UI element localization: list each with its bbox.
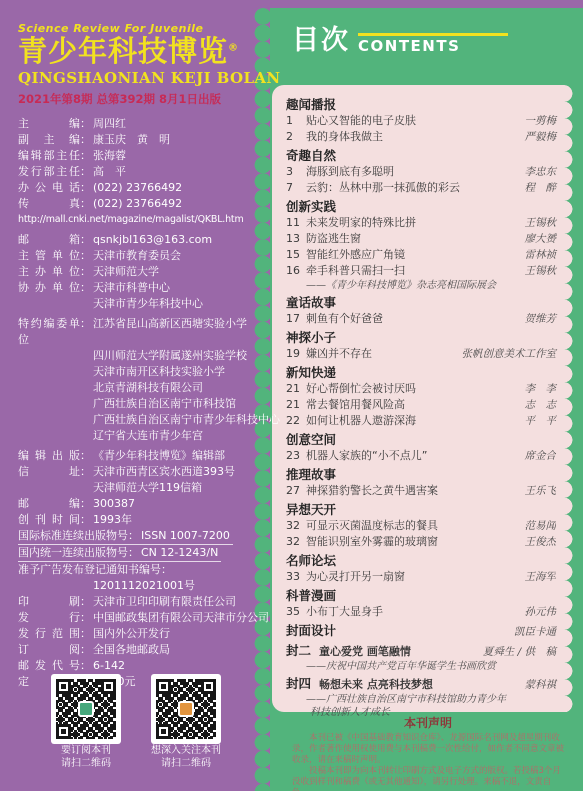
declaration-paragraphs: 本刊已被《中国基础教育知识仓库》、龙源国际名刊网及超星期刊收录，作者著作使用权使… <box>292 733 564 791</box>
info-label: 发行 <box>18 610 80 626</box>
contents-panel: 趣闻播报 1 贴心又智能的电子皮肤 一剪梅 2 我的身体我做主 严毅梅 <box>272 85 564 712</box>
info-row: ：辽宁省大连市青少年宫 <box>18 428 260 444</box>
toc-title: 常去餐馆用餐风险高 <box>306 397 525 413</box>
info-value: 天津市青少年科技中心 <box>93 296 203 312</box>
toc-author: 一剪梅 <box>525 113 557 129</box>
info-label: 国际标准连续出版物号 <box>18 528 128 544</box>
toc-author: 王海军 <box>525 569 557 585</box>
toc-row: 21 好心帮倒忙会被讨厌吗 李 李 <box>286 381 556 397</box>
toc-page-number: 16 <box>286 263 306 279</box>
qr-section: 要订阅本刊 请扫二维码 想深入关注本刊 请扫二维码 <box>24 674 248 770</box>
toc-title: 神探小子 <box>286 330 556 346</box>
info-row: 编辑部主任：张海蓉 <box>18 148 260 164</box>
qr-finder-icon <box>156 724 171 739</box>
info-colon: ： <box>80 594 91 610</box>
info-row: ：四川师范大学附属遂州实验学校 <box>18 348 260 364</box>
toc-row: 22 如何让机器人遨游深海 平 平 <box>286 413 556 429</box>
info-colon: ： <box>80 132 91 148</box>
info-label: 发行部主任 <box>18 164 80 180</box>
qr-finder-icon <box>56 724 71 739</box>
toc-row: 封二 童心爱党 画笔融情 夏舜生 / 供 稿 <box>286 643 556 660</box>
info-row: 邮箱：qsnkjbl163@163.com <box>18 232 260 248</box>
info-label: 订阅 <box>18 642 80 658</box>
toc-page-number: 32 <box>286 534 306 550</box>
toc-title: 推理故事 <box>286 467 556 483</box>
info-colon: ： <box>80 512 91 528</box>
qr-finder-icon <box>201 679 216 694</box>
declaration-panel: 本刊声明 本刊已被《中国基础教育知识仓库》、龙源国际名刊网及超星期刊收录，作者著… <box>292 714 564 791</box>
registered-mark: ® <box>228 42 239 53</box>
magazine-title-text: 青少年科技博览 <box>18 34 228 68</box>
toc-author: 蒙科祺 <box>525 677 557 693</box>
info-colon: ： <box>80 116 91 132</box>
info-row: 发行范围：国内外公开发行 <box>18 626 260 642</box>
info-label: 特约编委单位 <box>18 316 80 348</box>
info-colon: ： <box>80 658 91 674</box>
toc-row: 科普漫画 <box>286 588 556 604</box>
toc-page-number: 11 <box>286 215 306 231</box>
toc-title: 新知快递 <box>286 365 556 381</box>
info-value: (022) 23766492 <box>93 180 182 196</box>
toc-page-number: 15 <box>286 247 306 263</box>
info-row: ：天津师范大学119信箱 <box>18 480 260 496</box>
info-value: 天津市西青区宾水西道393号 <box>93 464 235 480</box>
info-value: 周四红 <box>93 116 126 132</box>
toc-title: 机器人家族的“小不点儿” <box>306 448 525 464</box>
toc-row: 奇趣自然 <box>286 148 556 164</box>
info-value: 全国各地邮政局 <box>93 642 170 658</box>
toc-row: 趣闻播报 <box>286 97 556 113</box>
toc-row: 名师论坛 <box>286 553 556 569</box>
info-colon: ： <box>80 232 91 248</box>
info-row: 创刊时间：1993年 <box>18 512 260 528</box>
info-value: 300387 <box>93 496 135 512</box>
toc-row: 7 云豹：丛林中那一抹孤傲的彩云 程 醉 <box>286 180 556 196</box>
toc-row: 封面设计 凯臣卡通 <box>286 623 556 640</box>
toc-row: 33 为心灵打开另一扇窗 王海军 <box>286 569 556 585</box>
info-row: 信址：天津市西青区宾水西道393号 <box>18 464 260 480</box>
info-row: 邮发代号：6-142 <box>18 658 260 674</box>
toc-title: 云豹：丛林中那一抹孤傲的彩云 <box>306 180 525 196</box>
info-row: 国际标准连续出版物号：ISSN 1007-7200 <box>18 528 233 545</box>
info-colon: ： <box>80 248 91 264</box>
toc-author: 严毅梅 <box>525 129 557 145</box>
toc-title: ——《青少年科技博览》杂志亮相国际展会 <box>306 279 556 292</box>
toc-author: 雷林祯 <box>525 247 557 263</box>
toc-author: 张帆创意美术工作室 <box>462 346 557 362</box>
toc-row: 35 小布丁大显身手 孙元伟 <box>286 604 556 620</box>
magazine-pinyin: QINGSHAONIAN KEJI BOLAN <box>18 69 260 87</box>
toc-page-number: 2 <box>286 129 306 145</box>
toc-page-number: 封四 <box>286 676 311 692</box>
publication-info-list: 主编：周四红 副主编：康玉庆 黄 明 编辑部主任：张海蓉 发行部主任：高 平 办… <box>18 116 260 690</box>
info-label: 邮发代号 <box>18 658 80 674</box>
info-value: qsnkjbl163@163.com <box>93 232 212 248</box>
info-row: ：天津市青少年科技中心 <box>18 296 260 312</box>
info-label: 主编 <box>18 116 80 132</box>
toc-row: 11 未来发明家的特殊比拼 王锡秋 <box>286 215 556 231</box>
toc-page-number: 22 <box>286 413 306 429</box>
qr-center-logo-icon <box>178 701 194 717</box>
info-label: 编辑出版 <box>18 448 80 464</box>
info-value: 6-142 <box>93 658 125 674</box>
toc-title: 牵手科普只需扫一扫 <box>306 263 525 279</box>
info-label: 传真 <box>18 196 80 212</box>
info-value: 天津师范大学 <box>93 264 159 280</box>
info-value: (022) 23766492 <box>93 196 182 212</box>
info-value: 天津市教育委员会 <box>93 248 181 264</box>
info-value: 中国邮政集团有限公司天津市分公司 <box>93 610 269 626</box>
toc-row: 27 神探猎豹警长之黄牛遇害案 王乐飞 <box>286 483 556 499</box>
toc-title: 创新实践 <box>286 199 556 215</box>
info-row: 主管单位：天津市教育委员会 <box>18 248 260 264</box>
toc-page-number: 32 <box>286 518 306 534</box>
toc-row: 23 机器人家族的“小不点儿” 席金合 <box>286 448 556 464</box>
declaration-title: 本刊声明 <box>292 714 564 731</box>
toc-row: ——庆祝中国共产党百年华诞学生书画欣赏 <box>286 660 556 673</box>
toc-author: 志 志 <box>525 397 557 413</box>
toc-author: 王锡秋 <box>525 263 557 279</box>
info-value: 康玉庆 黄 明 <box>93 132 170 148</box>
info-value: 高 平 <box>93 164 126 180</box>
info-label: 主管单位 <box>18 248 80 264</box>
info-row: 副主编：康玉庆 黄 明 <box>18 132 260 148</box>
declaration-paragraph: 投稿本刊即为向本刊转让印刷方式及电子方式的版权。若投稿3个月没收到样刊和稿费（或… <box>292 766 564 791</box>
qr-finder-icon <box>101 679 116 694</box>
info-row: ：1201112021001号 <box>18 578 260 594</box>
toc-title: 嫌凶并不存在 <box>306 346 462 362</box>
toc-row: 童话故事 <box>286 295 556 311</box>
info-row: ：广西壮族自治区南宁市科技馆 <box>18 396 260 412</box>
info-row: 订阅：全国各地邮政局 <box>18 642 260 658</box>
info-value: 天津市科普中心 <box>93 280 170 296</box>
toc-author: 夏舜生 / 供 稿 <box>483 644 556 660</box>
header-underline <box>358 33 508 36</box>
info-row: 国内统一连续出版物号：CN 12-1243/N <box>18 545 221 562</box>
toc-title: 可显示灭菌温度标志的餐具 <box>306 518 525 534</box>
toc-title: 好心帮倒忙会被讨厌吗 <box>306 381 525 397</box>
info-label: 信址 <box>18 464 80 480</box>
info-value: 江苏省昆山高新区西塘实验小学 <box>93 316 247 348</box>
info-value: 广西壮族自治区南宁市科技馆 <box>93 396 236 412</box>
left-panel: Science Review For Juvenile 青少年科技博览® QIN… <box>18 22 260 690</box>
toc-page-number: 21 <box>286 397 306 413</box>
toc-page-number: 3 <box>286 164 306 180</box>
info-value: 北京青湖科技有限公司 <box>93 380 203 396</box>
info-label: 准予广告发布登记通知书编号 <box>18 562 161 578</box>
toc-title: 如何让机器人遨游深海 <box>306 413 525 429</box>
toc-row: 21 常去餐馆用餐风险高 志 志 <box>286 397 556 413</box>
qr-code <box>151 674 221 744</box>
toc-page-number: 27 <box>286 483 306 499</box>
toc-author: 范易闻 <box>525 518 557 534</box>
toc-row: 异想天开 <box>286 502 556 518</box>
toc-title: 我的身体我做主 <box>306 129 525 145</box>
magazine-title: 青少年科技博览® <box>18 35 260 68</box>
info-row: 办公电话：(022) 23766492 <box>18 180 260 196</box>
toc-page-number: 17 <box>286 311 306 327</box>
toc-title: 科普漫画 <box>286 588 556 604</box>
qr-finder-icon <box>56 679 71 694</box>
info-colon: ： <box>128 528 139 544</box>
info-colon: ： <box>80 464 91 480</box>
toc-row: 17 刺鱼有个好爸爸 贺维芳 <box>286 311 556 327</box>
toc-page-number: 13 <box>286 231 306 247</box>
toc-page-number: 19 <box>286 346 306 362</box>
toc-author: 贺维芳 <box>525 311 557 327</box>
toc-title: 刺鱼有个好爸爸 <box>306 311 525 327</box>
info-row: 准予广告发布登记通知书编号： <box>18 562 260 578</box>
info-value: 《青少年科技博览》编辑部 <box>93 448 225 464</box>
qr-finder-icon <box>156 679 171 694</box>
toc-page-number: 7 <box>286 180 306 196</box>
toc-row: 创意空间 <box>286 432 556 448</box>
toc-title: 畅想未来 点亮科技梦想 <box>319 677 524 693</box>
info-label: 国内统一连续出版物号 <box>18 545 128 561</box>
info-row: ：广西壮族自治区南宁市青少年科技中心 <box>18 412 260 428</box>
info-row: 传真：(022) 23766492 <box>18 196 260 212</box>
toc-title: 智能识别室外雾霾的玻璃窗 <box>306 534 525 550</box>
info-value: 张海蓉 <box>93 148 126 164</box>
info-value: 天津师范大学119信箱 <box>93 480 202 496</box>
info-colon: ： <box>80 448 91 464</box>
info-value: 辽宁省大连市青少年宫 <box>93 428 203 444</box>
toc-title: 海豚到底有多聪明 <box>306 164 525 180</box>
qr-caption: 要订阅本刊 <box>61 744 111 757</box>
info-row: 发行：中国邮政集团有限公司天津市分公司 <box>18 610 260 626</box>
toc-author: 王乐飞 <box>525 483 557 499</box>
qr-block: 想深入关注本刊 请扫二维码 <box>151 674 221 770</box>
toc-author: 孙元伟 <box>525 604 557 620</box>
info-row: 邮编：300387 <box>18 496 260 512</box>
info-row: 协办单位：天津市科普中心 <box>18 280 260 296</box>
scallop-edge-right <box>556 85 578 712</box>
info-row: ：天津市南开区科技实验小学 <box>18 364 260 380</box>
qr-caption: 请扫二维码 <box>161 757 211 770</box>
info-row: ：北京青湖科技有限公司 <box>18 380 260 396</box>
toc-page-number: 1 <box>286 113 306 129</box>
info-colon: ： <box>80 280 91 296</box>
toc-page-number: 封二 <box>286 643 311 659</box>
toc-author: 王俊杰 <box>525 534 557 550</box>
toc-title: 童话故事 <box>286 295 556 311</box>
toc-author: 席金合 <box>525 448 557 464</box>
info-colon: ： <box>80 180 91 196</box>
magazine-contents-page: 目次 CONTENTS 趣闻播报 1 贴心又智能的电子皮肤 一剪梅 <box>0 0 583 791</box>
contents-title-en: CONTENTS <box>358 39 508 54</box>
toc-title: ——庆祝中国共产党百年华诞学生书画欣赏 <box>306 660 556 673</box>
contents-list: 趣闻播报 1 贴心又智能的电子皮肤 一剪梅 2 我的身体我做主 严毅梅 <box>286 97 556 719</box>
toc-author: 王锡秋 <box>525 215 557 231</box>
info-colon: ： <box>80 496 91 512</box>
toc-title: 小布丁大显身手 <box>306 604 525 620</box>
toc-page-number: 35 <box>286 604 306 620</box>
info-label: 邮箱 <box>18 232 80 248</box>
info-label: 印刷 <box>18 594 80 610</box>
info-colon: ： <box>80 316 91 348</box>
toc-row: 神探小子 <box>286 330 556 346</box>
toc-page-number: 21 <box>286 381 306 397</box>
info-value: 1993年 <box>93 512 132 528</box>
toc-row: 创新实践 <box>286 199 556 215</box>
toc-title: 智能红外感应广角镜 <box>306 247 525 263</box>
info-row: 特约编委单位：江苏省昆山高新区西塘实验小学 <box>18 316 260 348</box>
qr-center-logo-icon <box>78 701 94 717</box>
info-row: 主办单位：天津师范大学 <box>18 264 260 280</box>
qr-caption: 想深入关注本刊 <box>151 744 221 757</box>
info-colon: ： <box>80 264 91 280</box>
info-row: ：http://mall.cnki.net/magazine/magalist/… <box>18 212 260 228</box>
toc-page-number: 33 <box>286 569 306 585</box>
qr-caption: 请扫二维码 <box>61 757 111 770</box>
info-colon: ： <box>80 164 91 180</box>
toc-row: 32 可显示灭菌温度标志的餐具 范易闻 <box>286 518 556 534</box>
info-value: http://mall.cnki.net/magazine/magalist/Q… <box>18 212 244 228</box>
toc-title: 趣闻播报 <box>286 97 556 113</box>
info-label: 副主编 <box>18 132 80 148</box>
qr-block: 要订阅本刊 请扫二维码 <box>51 674 121 770</box>
qr-code <box>51 674 121 744</box>
toc-author: 平 平 <box>525 413 557 429</box>
info-colon: ： <box>80 148 91 164</box>
toc-title: 防盗逃生窗 <box>306 231 525 247</box>
toc-author: 程 醉 <box>525 180 557 196</box>
info-colon: ： <box>80 196 91 212</box>
toc-title: 异想天开 <box>286 502 556 518</box>
info-value: CN 12-1243/N <box>141 545 218 561</box>
toc-title: 贴心又智能的电子皮肤 <box>306 113 525 129</box>
toc-title: 奇趣自然 <box>286 148 556 164</box>
contents-header: 目次 CONTENTS <box>292 27 508 54</box>
info-row: 主编：周四红 <box>18 116 260 132</box>
toc-row: 16 牵手科普只需扫一扫 王锡秋 <box>286 263 556 279</box>
info-label: 编辑部主任 <box>18 148 80 164</box>
toc-row: 2 我的身体我做主 严毅梅 <box>286 129 556 145</box>
info-colon: ： <box>128 545 139 561</box>
info-label: 办公电话 <box>18 180 80 196</box>
info-value: ISSN 1007-7200 <box>141 528 230 544</box>
info-colon: ： <box>80 642 91 658</box>
toc-row: 19 嫌凶并不存在 张帆创意美术工作室 <box>286 346 556 362</box>
info-label: 主办单位 <box>18 264 80 280</box>
toc-row: 推理故事 <box>286 467 556 483</box>
info-colon: ： <box>80 626 91 642</box>
toc-title: ——广西壮族自治区南宁市科技馆助力青少年 <box>306 693 556 706</box>
info-value: 1201112021001号 <box>93 578 195 594</box>
toc-row: 封四 畅想未来 点亮科技梦想 蒙科祺 <box>286 676 556 693</box>
info-value: 广西壮族自治区南宁市青少年科技中心 <box>93 412 280 428</box>
toc-page-number: 23 <box>286 448 306 464</box>
toc-row: 15 智能红外感应广角镜 雷林祯 <box>286 247 556 263</box>
info-value: 天津市卫印印刷有限责任公司 <box>93 594 236 610</box>
toc-title: 童心爱党 画笔融情 <box>319 644 483 660</box>
toc-row: 32 智能识别室外雾霾的玻璃窗 王俊杰 <box>286 534 556 550</box>
info-value: 天津市南开区科技实验小学 <box>93 364 225 380</box>
toc-title: 名师论坛 <box>286 553 556 569</box>
info-label: 协办单位 <box>18 280 80 296</box>
toc-row: ——《青少年科技博览》杂志亮相国际展会 <box>286 279 556 292</box>
contents-title-cn: 目次 <box>292 27 350 54</box>
info-colon: ： <box>161 562 172 578</box>
toc-author: 李忠东 <box>525 164 557 180</box>
info-value: 四川师范大学附属遂州实验学校 <box>93 348 247 364</box>
toc-author: 李 李 <box>525 381 557 397</box>
toc-row: 新知快递 <box>286 365 556 381</box>
toc-author: 凯臣卡通 <box>514 624 556 640</box>
toc-row: 1 贴心又智能的电子皮肤 一剪梅 <box>286 113 556 129</box>
toc-title: 创意空间 <box>286 432 556 448</box>
toc-row: 3 海豚到底有多聪明 李忠东 <box>286 164 556 180</box>
toc-page-number: 封面设计 <box>286 623 336 639</box>
info-row: 编辑出版：《青少年科技博览》编辑部 <box>18 448 260 464</box>
toc-title: 神探猎豹警长之黄牛遇害案 <box>306 483 525 499</box>
info-colon: ： <box>80 610 91 626</box>
toc-title: 为心灵打开另一扇窗 <box>306 569 525 585</box>
toc-author: 廖大赟 <box>525 231 557 247</box>
issue-info: 2021年第8期 总第392期 8月1日出版 <box>18 91 260 107</box>
info-row: 印刷：天津市卫印印刷有限责任公司 <box>18 594 260 610</box>
info-label: 发行范围 <box>18 626 80 642</box>
info-label: 邮编 <box>18 496 80 512</box>
toc-row: ——广西壮族自治区南宁市科技馆助力青少年 <box>286 693 556 706</box>
info-row: 发行部主任：高 平 <box>18 164 260 180</box>
toc-row: 13 防盗逃生窗 廖大赟 <box>286 231 556 247</box>
info-value: 国内外公开发行 <box>93 626 170 642</box>
info-label: 创刊时间 <box>18 512 80 528</box>
toc-title: 未来发明家的特殊比拼 <box>306 215 525 231</box>
declaration-paragraph: 本刊已被《中国基础教育知识仓库》、龙源国际名刊网及超星期刊收录，作者著作使用权使… <box>292 733 564 766</box>
